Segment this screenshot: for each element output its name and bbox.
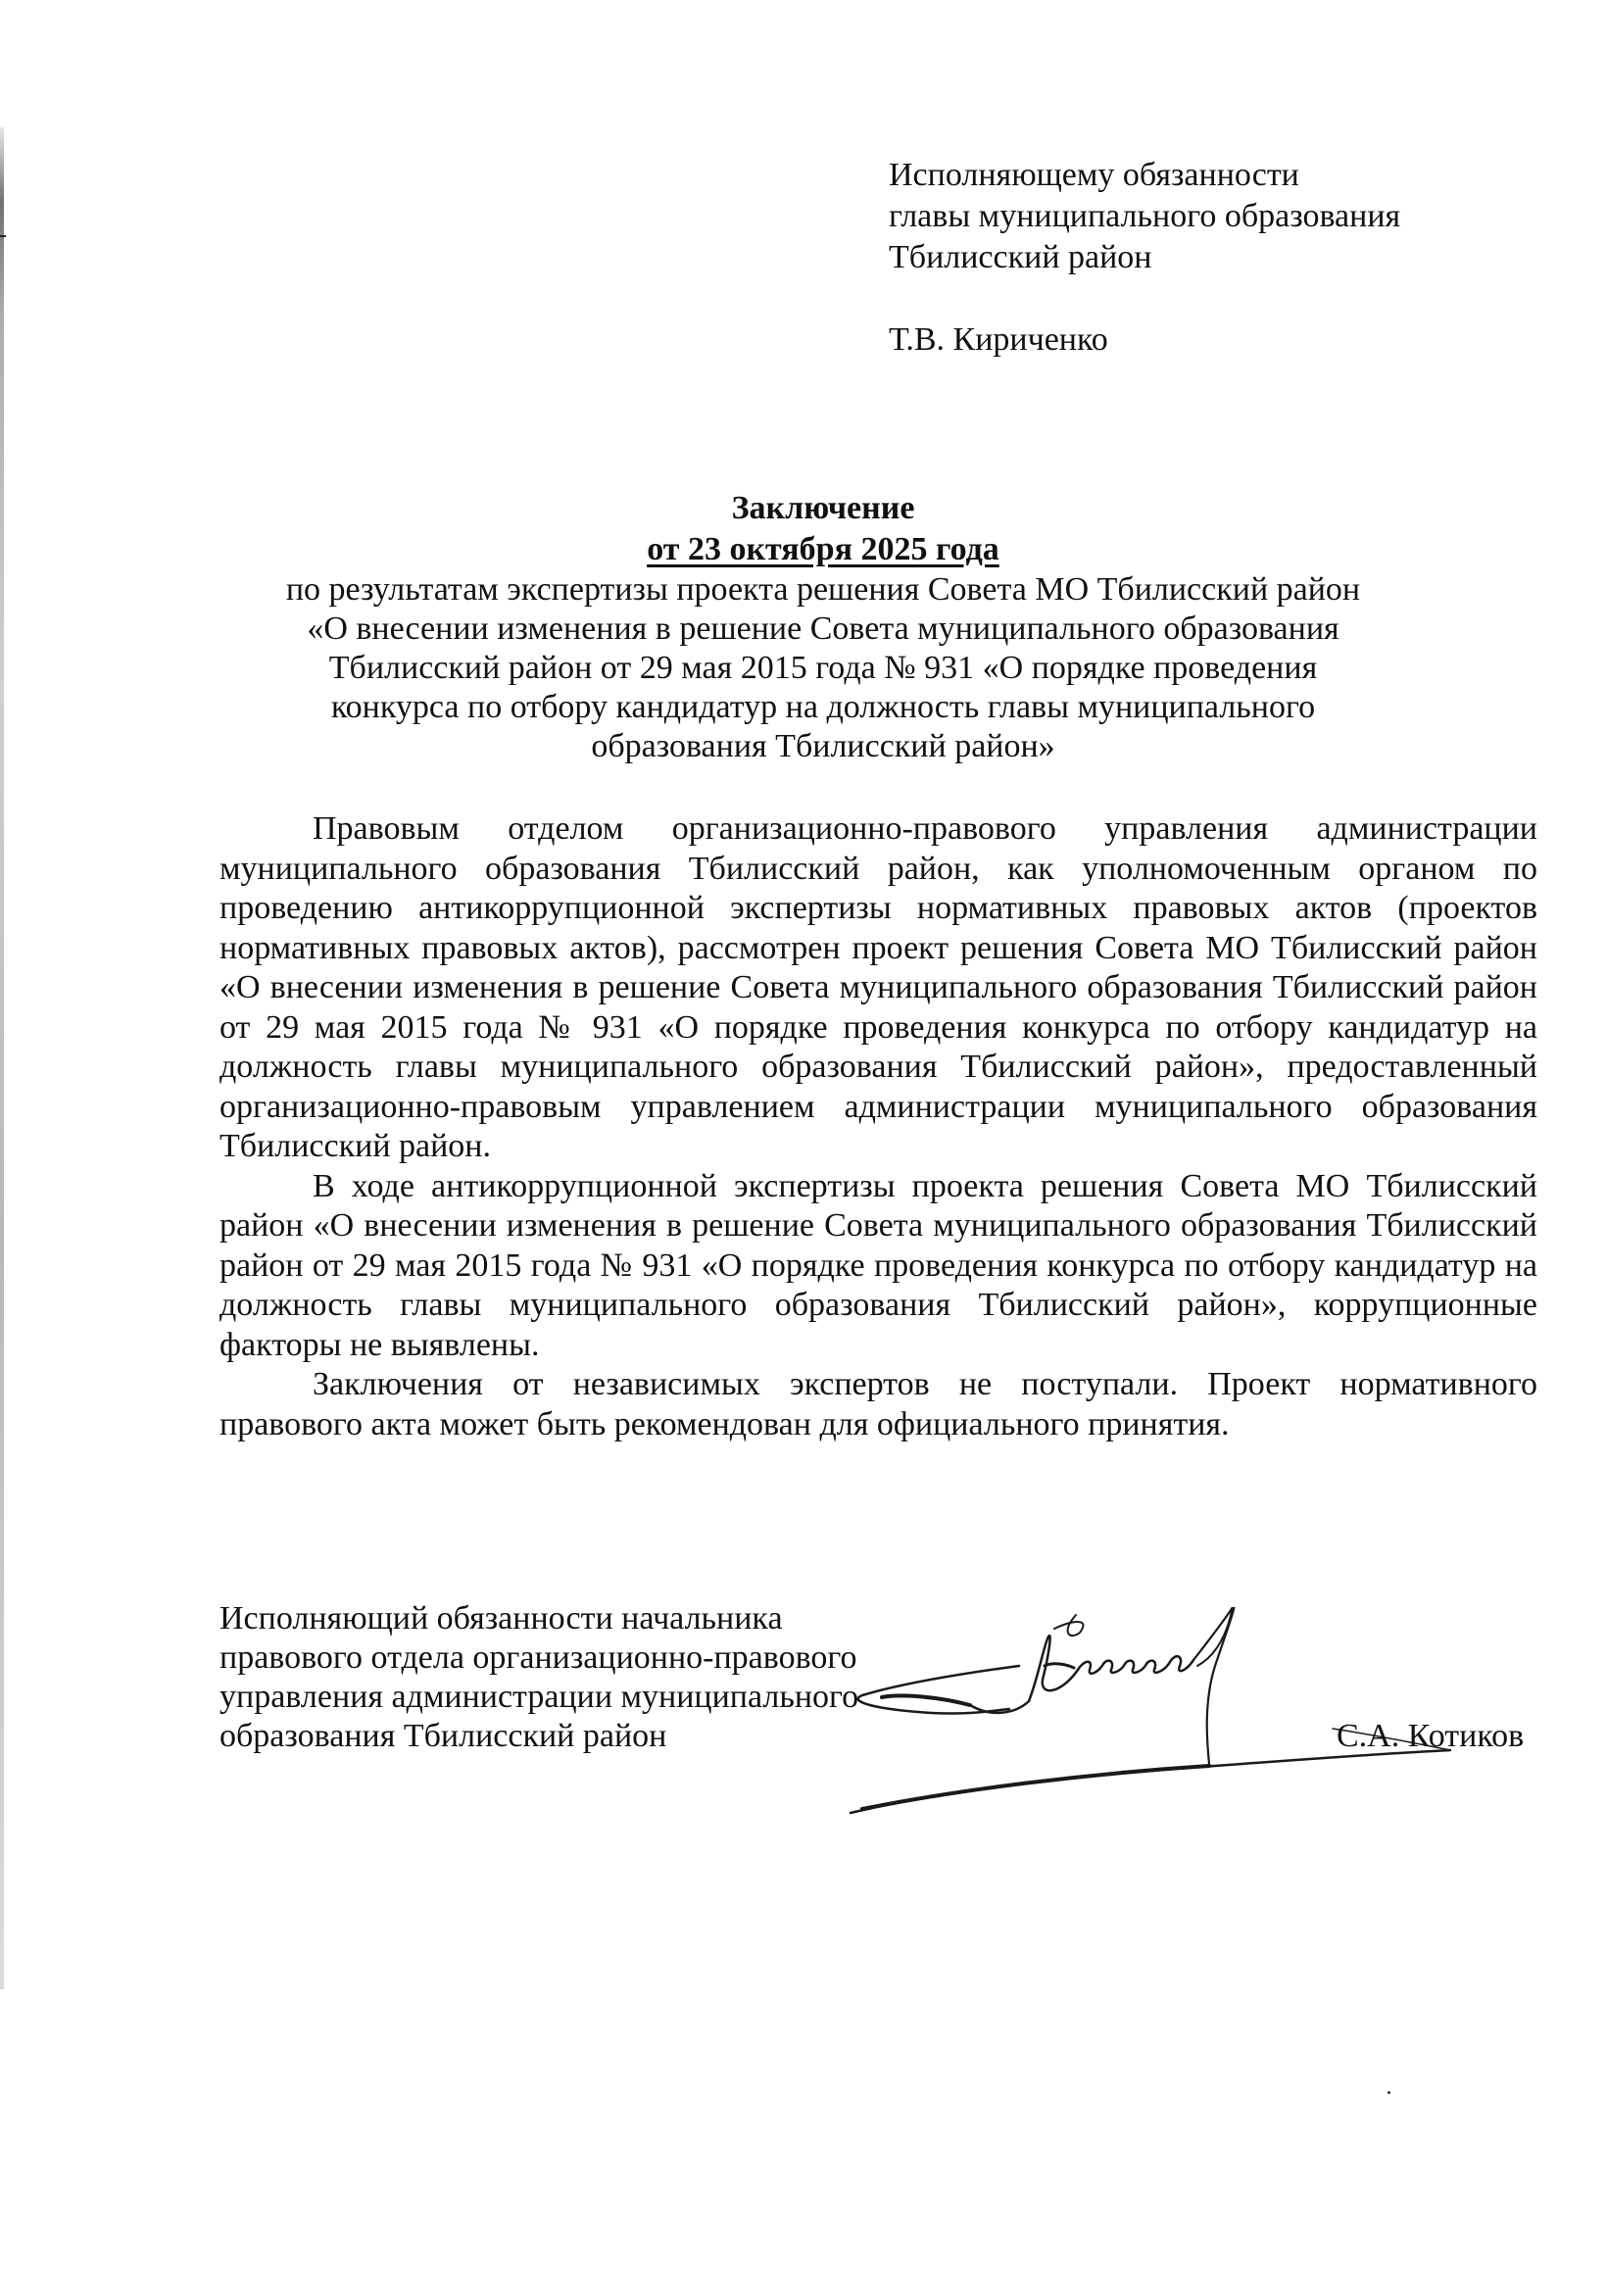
signatory-position-line: управления администрации муниципального — [219, 1678, 858, 1717]
document-heading: Заключение от 23 октября 2025 года по ре… — [235, 488, 1411, 766]
document-title: Заключение — [235, 488, 1411, 529]
document-subtitle-line: конкурса по отбору кандидатур на должнос… — [235, 688, 1411, 727]
signatory-position: Исполняющий обязанности начальника право… — [219, 1599, 858, 1756]
document-subtitle-line: Тбилисский район от 29 мая 2015 года № 9… — [235, 649, 1411, 688]
addressee-line: главы муниципального образования — [889, 196, 1400, 237]
signatory-position-line: образования Тбилисский район — [219, 1717, 858, 1756]
signatory-position-line: Исполняющий обязанности начальника — [219, 1599, 858, 1638]
scan-edge-mark — [0, 235, 6, 237]
signer-name: С.А. Котиков — [1337, 1717, 1524, 1756]
document-date: от 23 октября 2025 года — [647, 529, 999, 570]
document-subtitle-line: по результатам экспертизы проекта решени… — [235, 570, 1411, 610]
body-paragraph: В ходе антикоррупционной экспертизы прое… — [219, 1167, 1537, 1366]
document-subtitle-line: образования Тбилисский район» — [235, 727, 1411, 766]
document-subtitle-line: «О внесении изменения в решение Совета м… — [235, 610, 1411, 649]
body-paragraph: Заключения от независимых экспертов не п… — [219, 1365, 1537, 1444]
body-paragraph: Правовым отделом организационно-правовог… — [219, 809, 1537, 1167]
document-body: Правовым отделом организационно-правовог… — [219, 809, 1537, 1444]
signatory-position-line: правового отдела организационно-правовог… — [219, 1638, 858, 1678]
addressee-line: Исполняющему обязанности — [889, 155, 1400, 196]
scan-artifact-dot — [1387, 2091, 1390, 2094]
addressee-name: Т.В. Кириченко — [889, 319, 1400, 361]
addressee-line: Тбилисский район — [889, 237, 1400, 278]
scan-edge-shadow — [0, 127, 4, 1989]
addressee-block: Исполняющему обязанности главы муниципал… — [889, 155, 1400, 361]
